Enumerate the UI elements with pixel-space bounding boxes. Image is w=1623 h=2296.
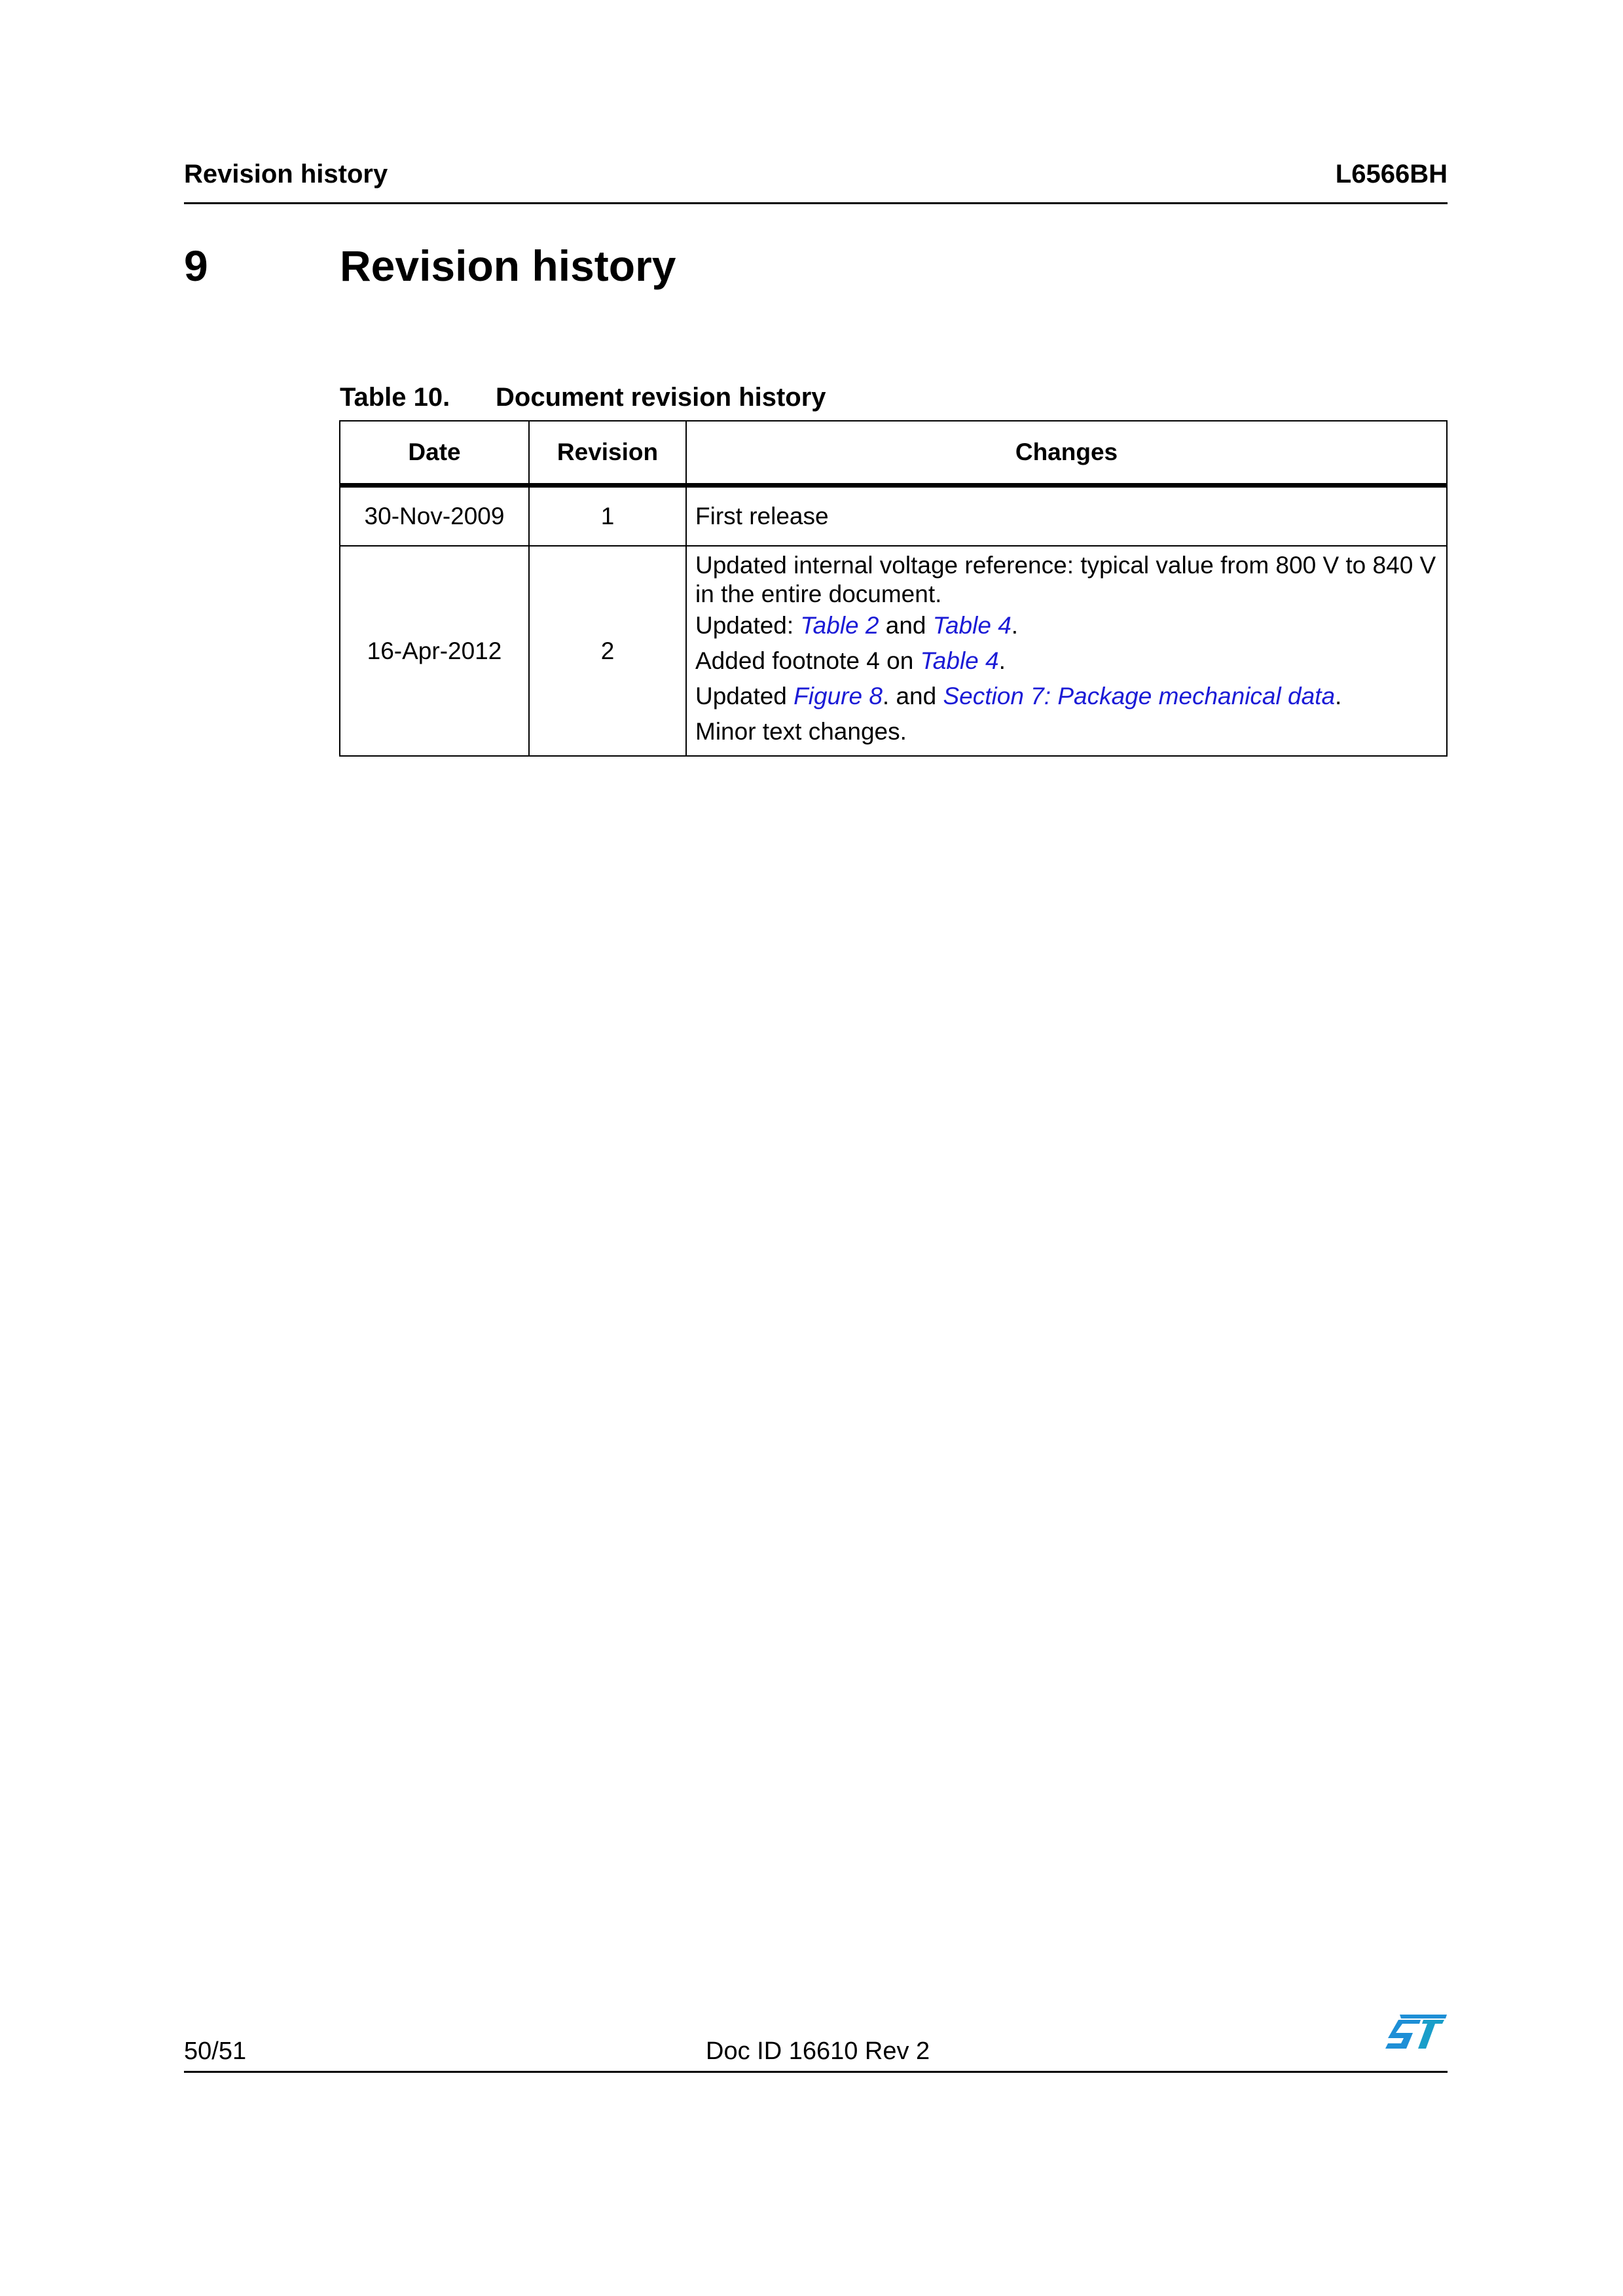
- table-row: 30-Nov-2009 1 First release: [340, 486, 1447, 547]
- change-line: Updated Figure 8. and Section 7: Package…: [695, 682, 1437, 711]
- cell-changes: First release: [686, 486, 1447, 547]
- cell-revision: 2: [529, 546, 686, 756]
- change-line: Added footnote 4 on Table 4.: [695, 647, 1437, 675]
- st-logo-icon: [1383, 2009, 1448, 2055]
- change-text: .: [1012, 612, 1018, 639]
- cell-date: 16-Apr-2012: [340, 546, 529, 756]
- table-row: 16-Apr-2012 2 Updated internal voltage r…: [340, 546, 1447, 756]
- change-text: .: [1335, 683, 1341, 709]
- section-title: Revision history: [340, 241, 676, 291]
- column-header-revision: Revision: [529, 421, 686, 486]
- column-header-changes: Changes: [686, 421, 1447, 486]
- table-caption-number: Table 10.: [340, 383, 496, 412]
- cell-revision: 1: [529, 486, 686, 547]
- change-text: . and: [883, 683, 943, 709]
- column-header-date: Date: [340, 421, 529, 486]
- doc-id: Doc ID 16610 Rev 2: [706, 2037, 930, 2066]
- change-text: Added footnote 4 on: [695, 647, 921, 674]
- link-table-4[interactable]: Table 4: [933, 612, 1012, 639]
- link-section-7[interactable]: Section 7: Package mechanical data: [943, 683, 1335, 709]
- header-section-name: Revision history: [184, 160, 388, 189]
- change-text: .: [999, 647, 1006, 674]
- change-line: Minor text changes.: [695, 717, 1437, 746]
- page-header: Revision history L6566BH: [184, 157, 1448, 203]
- header-rule: [184, 202, 1448, 204]
- revision-table: Date Revision Changes 30-Nov-2009 1 Firs…: [339, 420, 1448, 757]
- page-footer: 50/51 Doc ID 16610 Rev 2: [184, 2032, 1448, 2072]
- cell-date: 30-Nov-2009: [340, 486, 529, 547]
- link-figure-8[interactable]: Figure 8: [793, 683, 883, 709]
- link-table-2[interactable]: Table 2: [800, 612, 879, 639]
- cell-changes: Updated internal voltage reference: typi…: [686, 546, 1447, 756]
- change-line: Updated: Table 2 and Table 4.: [695, 611, 1437, 640]
- footer-rule: [184, 2071, 1448, 2073]
- change-line: Updated internal voltage reference: typi…: [695, 551, 1437, 609]
- change-text: Updated: [695, 683, 793, 709]
- table-caption-title: Document revision history: [496, 383, 826, 412]
- table-caption: Table 10.Document revision history: [340, 383, 826, 412]
- change-text: Updated:: [695, 612, 800, 639]
- change-text: and: [879, 612, 932, 639]
- change-line: First release: [695, 503, 829, 529]
- header-product: L6566BH: [1336, 160, 1448, 189]
- table-header-row: Date Revision Changes: [340, 421, 1447, 486]
- section-number: 9: [184, 241, 208, 291]
- page-number: 50/51: [184, 2037, 246, 2066]
- link-table-4[interactable]: Table 4: [921, 647, 999, 674]
